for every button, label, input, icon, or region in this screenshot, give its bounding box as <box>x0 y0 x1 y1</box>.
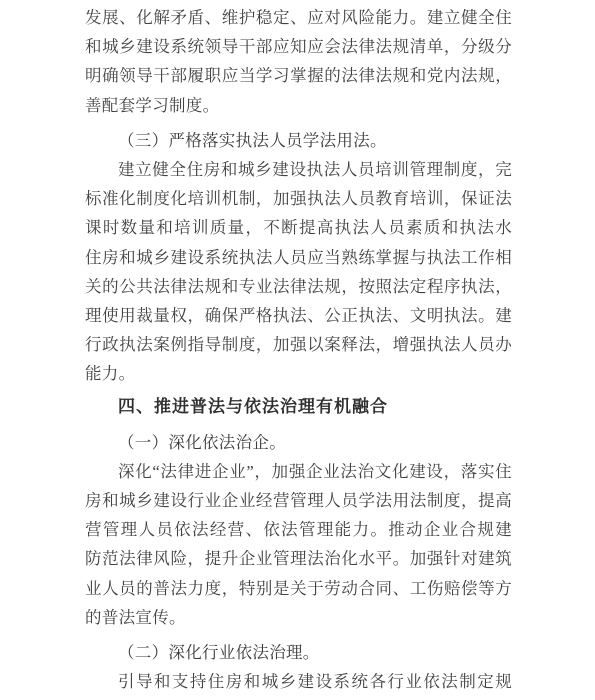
document-page: 发展、化解矛盾、维护稳定、应对风险能力。建立健全住房和城乡建设系统领导干部应知应… <box>0 0 595 700</box>
paragraph-line: 行政执法案例指导制度，加强以案释法，增强执法人员办案 <box>85 330 512 359</box>
paragraph-line: 的普法宣传。 <box>85 603 512 632</box>
subsection-heading: （三）严格落实执法人员学法用法。 <box>85 126 512 155</box>
paragraph-line: 发展、化解矛盾、维护稳定、应对风险能力。建立健全住房 <box>85 3 512 32</box>
paragraph-line: 住房和城乡建设系统执法人员应当熟练掌握与执法工作相 <box>85 243 512 272</box>
paragraph-line: 明确领导干部履职应当学习掌握的法律法规和党内法规，完 <box>85 61 512 90</box>
paragraph-line: 业人员的普法力度，特别是关于劳动合同、工伤赔偿等方面 <box>85 574 512 603</box>
paragraph-line: 关的公共法律法规和专业法律法规，按照法定程序执法，合 <box>85 272 512 301</box>
document-content: 发展、化解矛盾、维护稳定、应对风险能力。建立健全住房和城乡建设系统领导干部应知应… <box>85 3 512 696</box>
paragraph-line: 引导和支持住房和城乡建设系统各行业依法制定规约、 <box>85 667 512 696</box>
section-heading: 四、推进普法与依法治理有机融合 <box>85 392 512 421</box>
paragraph-line: 营管理人员依法经营、依法管理能力。推动企业合规建设， <box>85 515 512 544</box>
paragraph-line: 课时数量和培训质量，不断提高执法人员素质和执法水平。 <box>85 213 512 242</box>
paragraph-line: 理使用裁量权，确保严格执法、公正执法、文明执法。建立 <box>85 301 512 330</box>
subsection-heading: （一）深化依法治企。 <box>85 428 512 457</box>
paragraph-line: 防范法律风险，提升企业管理法治化水平。加强针对建筑企 <box>85 544 512 573</box>
paragraph-line: 善配套学习制度。 <box>85 91 512 120</box>
paragraph-line: 标准化制度化培训机制，加强执法人员教育培训，保证法治 <box>85 184 512 213</box>
paragraph-line: 房和城乡建设行业企业经营管理人员学法用法制度，提高经 <box>85 486 512 515</box>
paragraph-line: 建立健全住房和城乡建设执法人员培训管理制度，完善 <box>85 155 512 184</box>
paragraph-line: 深化“法律进企业”，加强企业法治文化建设，落实住 <box>85 457 512 486</box>
subsection-heading: （二）深化行业依法治理。 <box>85 638 512 667</box>
paragraph-line: 能力。 <box>85 359 512 388</box>
paragraph-line: 和城乡建设系统领导干部应知应会法律法规清单，分级分类 <box>85 32 512 61</box>
